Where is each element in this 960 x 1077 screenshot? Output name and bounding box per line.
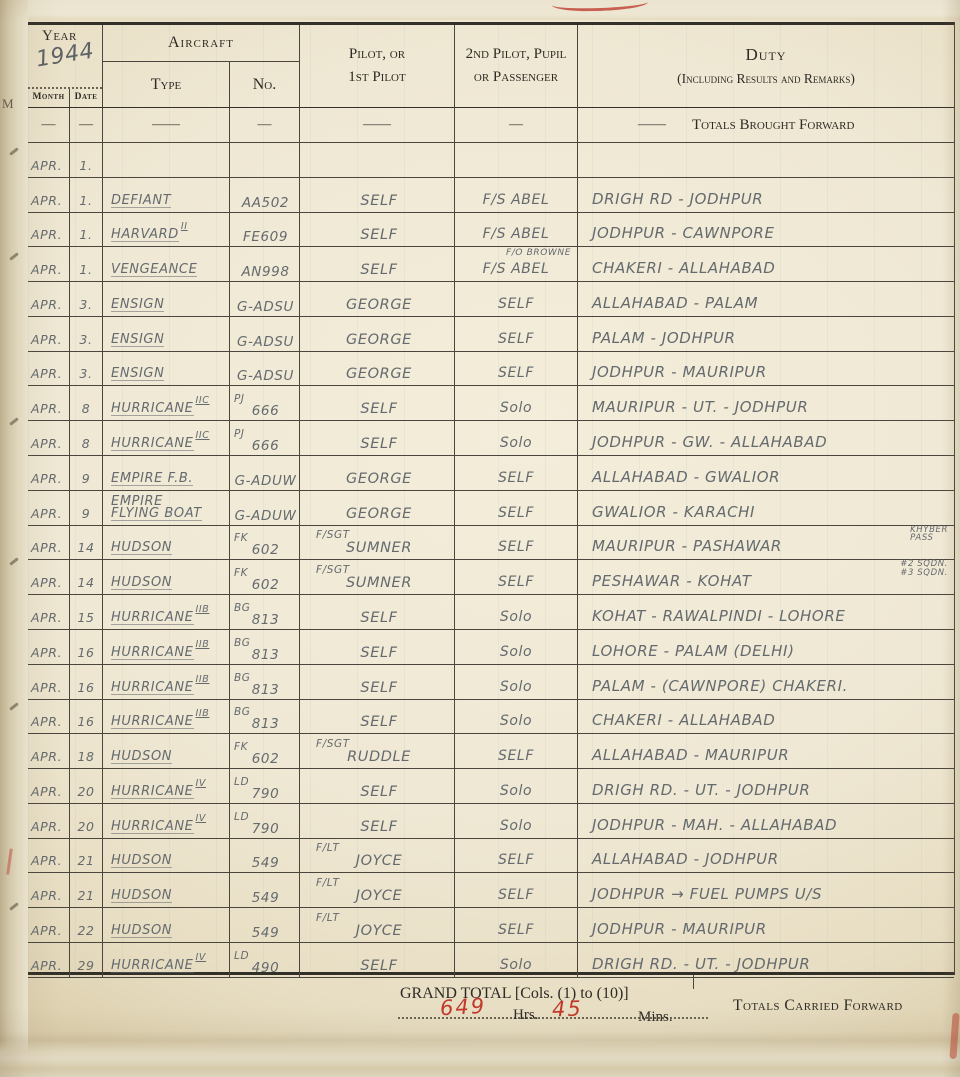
aircraft-mark: IIB xyxy=(196,674,210,686)
month-cell: APR. xyxy=(28,595,70,630)
second-pilot-cell: SELF xyxy=(455,317,578,352)
duty-cell: ALLAHABAD - GWALIOR xyxy=(578,456,954,491)
aircraft-no-cell: G-ADSU xyxy=(230,317,300,352)
duty-text: JODHPUR - MAH. - ALLAHABAD xyxy=(592,816,837,834)
pilot-name: SELF xyxy=(360,682,397,695)
aircraft-no-cell: PJ 666 xyxy=(230,386,300,421)
duty-text: DRIGH RD - JODHPUR xyxy=(592,190,763,208)
table-row: APR. 3. ENSIGN G-ADSU GEORGE xyxy=(28,352,954,387)
second-pilot-cell: SELF xyxy=(455,908,578,943)
serial-number: AN998 xyxy=(241,266,289,278)
serial-number: AA502 xyxy=(242,197,289,209)
serial-prefix: PJ xyxy=(234,428,245,440)
second-pilot: F/S ABEL xyxy=(483,261,550,277)
aircraft-type: VENGEANCE xyxy=(111,264,197,277)
date-cell: 21 xyxy=(70,839,103,874)
month-cell: APR. xyxy=(28,804,70,839)
duty-text: JODHPUR - CAWNPORE xyxy=(592,224,775,242)
pilot-cell: SELF xyxy=(300,943,455,978)
second-pilot: Solo xyxy=(500,957,532,973)
date-cell: 16 xyxy=(70,665,103,700)
date-cell: 29 xyxy=(70,943,103,978)
duty-text: ALLAHABAD - PALAM xyxy=(592,294,758,312)
second-pilot: SELF xyxy=(498,539,534,555)
duty-note: KHYBER PASS xyxy=(910,526,948,543)
stitch-mark xyxy=(9,252,19,261)
pilot-rank: F/LT xyxy=(316,842,340,855)
tbf-dash: — xyxy=(455,108,578,143)
second-pilot: SELF xyxy=(498,922,534,938)
date-cell: 16 xyxy=(70,700,103,735)
month-cell: APR. xyxy=(28,839,70,874)
serial-prefix: FK xyxy=(234,567,248,579)
second-pilot: Solo xyxy=(500,713,532,729)
duty-text: PALAM - (CAWNPORE) CHAKERI. xyxy=(592,677,848,695)
tbf-dash: —— xyxy=(103,108,230,143)
duty-text: GWALIOR - KARACHI xyxy=(592,503,755,521)
serial-number: 549 xyxy=(252,927,280,939)
logbook-page: M Year 1944 Month Date Aircraft Type No. xyxy=(0,0,960,1077)
serial-number: 813 xyxy=(252,684,280,696)
second-pilot-cell: Solo xyxy=(455,421,578,456)
date-column-label: Date xyxy=(70,89,102,107)
second-pilot-cell: Solo xyxy=(455,804,578,839)
aircraft-type-cell: HURRICANE IIB xyxy=(103,665,230,700)
stitch-mark xyxy=(9,147,19,156)
aircraft-no-cell: FK 602 xyxy=(230,734,300,769)
aircraft-mark: II xyxy=(181,221,188,233)
month-cell: APR. xyxy=(28,908,70,943)
second-pilot-cell: SELF xyxy=(455,456,578,491)
table-row: APR. 29 HURRICANE IV LD 490 SELF xyxy=(28,943,954,978)
second-pilot: F/S ABEL xyxy=(483,226,550,242)
duty-cell: JODHPUR → FUEL PUMPS U/S xyxy=(578,873,954,908)
aircraft-type-cell: HUDSON xyxy=(103,526,230,561)
aircraft-type-cell: HURRICANE IIB xyxy=(103,630,230,665)
second-pilot: SELF xyxy=(498,852,534,868)
pilot-name: SELF xyxy=(360,716,397,729)
pilot-cell: F/SGT SUMNER xyxy=(300,560,455,595)
second-pilot-cell: SELF xyxy=(455,839,578,874)
date-cell: 22 xyxy=(70,908,103,943)
aircraft-type-cell: HARVARD II xyxy=(103,213,230,248)
pilot-name: GEORGE xyxy=(346,299,412,312)
second-pilot-cell: Solo xyxy=(455,386,578,421)
serial-prefix: LD xyxy=(234,950,249,962)
second-pilot-cell: SELF xyxy=(455,560,578,595)
month-cell: APR. xyxy=(28,700,70,735)
second-pilot: Solo xyxy=(500,644,532,660)
duty-cell: MAURIPUR - UT. - JODHPUR xyxy=(578,386,954,421)
month-cell: APR. xyxy=(28,352,70,387)
serial-number: 490 xyxy=(252,962,280,974)
table-row: APR. 21 HUDSON 549 F/LT JOYCE xyxy=(28,839,954,874)
stitch-mark xyxy=(9,557,19,566)
table-row: APR. 16 HURRICANE IIB BG 813 SELF xyxy=(28,665,954,700)
aircraft-type: HURRICANE xyxy=(111,716,194,729)
aircraft-no-cell: LD 790 xyxy=(230,769,300,804)
pilot-cell: SELF xyxy=(300,178,455,213)
date-cell: 14 xyxy=(70,560,103,595)
pilot-name: SELF xyxy=(360,195,397,208)
aircraft-type: HARVARD xyxy=(111,229,179,242)
tbf-dash: — xyxy=(70,108,103,143)
pilot-name: SUMNER xyxy=(346,577,412,590)
tbf-dash: — xyxy=(230,108,300,143)
aircraft-type-cell: HURRICANE IV xyxy=(103,769,230,804)
pilot-name: JOYCE xyxy=(356,890,403,903)
table-row: APR. 9 EMPIRE FLYING BOAT G-ADUW GEORGE xyxy=(28,491,954,526)
second-pilot: F/S ABEL xyxy=(483,192,550,208)
aircraft-no-cell: PJ 666 xyxy=(230,421,300,456)
aircraft-type-cell: HURRICANE IIC xyxy=(103,386,230,421)
duty-cell: PALAM - (CAWNPORE) CHAKERI. xyxy=(578,665,954,700)
date-cell: 1. xyxy=(70,178,103,213)
month-cell: APR. xyxy=(28,143,70,178)
duty-text: JODHPUR - MAURIPUR xyxy=(592,363,767,381)
month-cell: APR. xyxy=(28,665,70,700)
header-pilot: Pilot, or 1st Pilot xyxy=(300,25,455,108)
aircraft-type: ENSIGN xyxy=(111,368,164,381)
duty-cell: JODHPUR - MAURIPUR xyxy=(578,908,954,943)
serial-prefix: LD xyxy=(234,776,249,788)
grand-total-hours-value: 649 xyxy=(439,994,486,1020)
month-cell: APR. xyxy=(28,247,70,282)
month-cell: APR. xyxy=(28,178,70,213)
stitch-mark xyxy=(9,702,19,711)
aircraft-type: HUDSON xyxy=(111,890,172,903)
aircraft-type-cell: HURRICANE IV xyxy=(103,804,230,839)
second-pilot: Solo xyxy=(500,609,532,625)
month-cell: APR. xyxy=(28,943,70,978)
header-aircraft: Aircraft Type No. xyxy=(103,25,300,108)
aircraft-type: HURRICANE xyxy=(111,960,194,973)
grand-total-label: GRAND TOTAL [Cols. (1) to (10)] xyxy=(400,985,629,1003)
month-cell: APR. xyxy=(28,560,70,595)
aircraft-type-cell: HURRICANE IIB xyxy=(103,700,230,735)
second-pilot-cell: SELF xyxy=(455,526,578,561)
pilot2-label-line2: or Passenger xyxy=(474,69,558,86)
serial-number: 549 xyxy=(252,892,280,904)
aircraft-type: HURRICANE xyxy=(111,403,194,416)
aircraft-type-cell: HURRICANE IIB xyxy=(103,595,230,630)
duty-text: DRIGH RD. - UT. - JODHPUR xyxy=(592,781,810,799)
month-cell: APR. xyxy=(28,873,70,908)
aircraft-no-cell: FE609 xyxy=(230,213,300,248)
second-pilot-cell: Solo xyxy=(455,700,578,735)
duty-cell: GWALIOR - KARACHI xyxy=(578,491,954,526)
duty-cell: DRIGH RD. - UT. - JODHPUR xyxy=(578,943,954,978)
month-cell: APR. xyxy=(28,630,70,665)
duty-cell: PESHAWAR - KOHAT #2 SQDN. #3 SQDN. xyxy=(578,560,954,595)
date-cell: 20 xyxy=(70,769,103,804)
aircraft-type-cell: HURRICANE IIC xyxy=(103,421,230,456)
pilot-name: SELF xyxy=(360,647,397,660)
table-row: APR. 1. DEFIANT AA502 SELF xyxy=(28,178,954,213)
divider xyxy=(693,975,694,989)
month-cell: APR. xyxy=(28,456,70,491)
aircraft-no-cell: LD 790 xyxy=(230,804,300,839)
duty-cell: JODHPUR - CAWNPORE xyxy=(578,213,954,248)
aircraft-mark: IV xyxy=(196,813,207,825)
date-cell: 21 xyxy=(70,873,103,908)
duty-cell: MAURIPUR - PASHAWAR KHYBER PASS xyxy=(578,526,954,561)
pilot-cell: SELF xyxy=(300,386,455,421)
aircraft-type: HUDSON xyxy=(111,751,172,764)
aircraft-no-cell: BG 813 xyxy=(230,665,300,700)
aircraft-type: HUDSON xyxy=(111,925,172,938)
second-pilot-cell: F/S ABEL xyxy=(455,178,578,213)
date-cell: 1. xyxy=(70,213,103,248)
serial-number: 602 xyxy=(252,753,280,765)
serial-prefix: BG xyxy=(234,672,251,684)
date-cell: 3. xyxy=(70,282,103,317)
aircraft-no-cell xyxy=(230,143,300,178)
tbf-dash: — xyxy=(28,108,70,143)
date-cell: 9 xyxy=(70,491,103,526)
second-pilot: Solo xyxy=(500,435,532,451)
second-pilot: SELF xyxy=(498,470,534,486)
aircraft-no-cell: FK 602 xyxy=(230,560,300,595)
duty-text: CHAKERI - ALLAHABAD xyxy=(592,711,775,729)
aircraft-type: EMPIRE F.B. xyxy=(111,473,193,486)
pilot-rank: F/LT xyxy=(316,912,340,925)
second-pilot: SELF xyxy=(498,296,534,312)
table-row: APR. 3. ENSIGN G-ADSU GEORGE xyxy=(28,282,954,317)
second-pilot-cell: SELF xyxy=(455,282,578,317)
pilot-name: SELF xyxy=(360,229,397,242)
date-cell: 8 xyxy=(70,421,103,456)
table-row: APR. 1. HARVARD II FE609 SELF xyxy=(28,213,954,248)
month-cell: APR. xyxy=(28,769,70,804)
aircraft-type-cell: ENSIGN xyxy=(103,317,230,352)
duty-text: JODHPUR - GW. - ALLAHABAD xyxy=(592,433,827,451)
aircraft-type: ENSIGN xyxy=(111,299,164,312)
aircraft-mark: IV xyxy=(196,778,207,790)
aircraft-no-cell: BG 813 xyxy=(230,595,300,630)
second-pilot: SELF xyxy=(498,331,534,347)
duty-text: JODHPUR → FUEL PUMPS U/S xyxy=(592,885,822,903)
header-duty: Duty (Including Results and Remarks) xyxy=(578,25,954,108)
duty-cell: CHAKERI - ALLAHABAD xyxy=(578,700,954,735)
duty-cell: PALAM - JODHPUR xyxy=(578,317,954,352)
aircraft-type: HUDSON xyxy=(111,577,172,590)
stitch-mark xyxy=(9,417,19,426)
serial-prefix: FK xyxy=(234,741,248,753)
pilot-cell: F/LT JOYCE xyxy=(300,873,455,908)
pilot-name: SELF xyxy=(360,960,397,973)
table-header: Year 1944 Month Date Aircraft Type No. P… xyxy=(28,25,954,108)
second-pilot: Solo xyxy=(500,679,532,695)
duty-cell xyxy=(578,143,954,178)
duty-cell: LOHORE - PALAM (DELHI) xyxy=(578,630,954,665)
second-pilot-cell: SELF xyxy=(455,873,578,908)
pilot-cell: GEORGE xyxy=(300,456,455,491)
serial-number: 666 xyxy=(252,405,280,417)
serial-number: 790 xyxy=(252,823,280,835)
page-top-edge xyxy=(28,0,960,20)
second-pilot-cell: SELF xyxy=(455,352,578,387)
pilot-cell: SELF xyxy=(300,421,455,456)
pilot-cell: SELF xyxy=(300,247,455,282)
date-cell: 3. xyxy=(70,352,103,387)
second-pilot: SELF xyxy=(498,574,534,590)
grand-total-mins-value: 45 xyxy=(552,996,584,1021)
second-pilot: Solo xyxy=(500,400,532,416)
serial-prefix: FK xyxy=(234,532,248,544)
aircraft-type: HURRICANE xyxy=(111,438,194,451)
aircraft-type-cell: EMPIRE FLYING BOAT xyxy=(103,491,230,526)
second-pilot: SELF xyxy=(498,887,534,903)
date-cell: 9 xyxy=(70,456,103,491)
aircraft-type: DEFIANT xyxy=(111,195,171,208)
pilot-cell: SELF xyxy=(300,804,455,839)
aircraft-type-cell: HUDSON xyxy=(103,734,230,769)
pilot-name: SUMNER xyxy=(346,542,412,555)
duty-text: ALLAHABAD - GWALIOR xyxy=(592,468,780,486)
table-row: APR. 20 HURRICANE IV LD 790 SELF xyxy=(28,804,954,839)
aircraft-label: Aircraft xyxy=(103,25,299,62)
table-row: APR. 20 HURRICANE IV LD 790 SELF xyxy=(28,769,954,804)
aircraft-no-cell: 549 xyxy=(230,839,300,874)
pilot-name: GEORGE xyxy=(346,473,412,486)
pilot-cell: GEORGE xyxy=(300,491,455,526)
table-row: APR. 9 EMPIRE F.B. G-ADUW GEORGE xyxy=(28,456,954,491)
pilot-cell: SELF xyxy=(300,665,455,700)
table-row: APR. 16 HURRICANE IIB BG 813 SELF xyxy=(28,700,954,735)
pilot-name: SELF xyxy=(360,438,397,451)
aircraft-type: ENSIGN xyxy=(111,334,164,347)
second-pilot-cell: Solo xyxy=(455,943,578,978)
pilot-cell: SELF xyxy=(300,700,455,735)
aircraft-type-cell: ENSIGN xyxy=(103,282,230,317)
duty-cell: JODHPUR - GW. - ALLAHABAD xyxy=(578,421,954,456)
log-entries: APR. 1. xyxy=(28,143,954,978)
aircraft-type: HURRICANE xyxy=(111,647,194,660)
duty-text: KOHAT - RAWALPINDI - LOHORE xyxy=(592,607,845,625)
table-row: APR. 14 HUDSON FK 602 F/SGT SUMNER xyxy=(28,526,954,561)
aircraft-type: HUDSON xyxy=(111,855,172,868)
date-cell: 1. xyxy=(70,143,103,178)
totals-brought-forward-label: Totals Brought Forward xyxy=(692,117,854,134)
pilot-name: GEORGE xyxy=(346,508,412,521)
aircraft-mark: IIB xyxy=(196,604,210,616)
second-pilot-note: F/O BROWNE xyxy=(506,248,571,258)
month-column-label: Month xyxy=(28,89,70,107)
serial-number: 813 xyxy=(252,718,280,730)
aircraft-type-cell: ENSIGN xyxy=(103,352,230,387)
duty-text: JODHPUR - MAURIPUR xyxy=(592,920,767,938)
aircraft-type-cell: DEFIANT xyxy=(103,178,230,213)
duty-note: #2 SQDN. #3 SQDN. xyxy=(900,560,948,577)
aircraft-no-cell: G-ADUW xyxy=(230,456,300,491)
duty-cell: ALLAHABAD - JODHPUR xyxy=(578,839,954,874)
duty-cell: DRIGH RD. - UT. - JODHPUR xyxy=(578,769,954,804)
second-pilot: SELF xyxy=(498,365,534,381)
pilot-name: JOYCE xyxy=(356,925,403,938)
pilot-label-line1: Pilot, or xyxy=(349,46,405,63)
pilot-cell: GEORGE xyxy=(300,282,455,317)
duty-text: DRIGH RD. - UT. - JODHPUR xyxy=(592,955,810,973)
aircraft-type-cell: VENGEANCE xyxy=(103,247,230,282)
serial-number: 813 xyxy=(252,649,280,661)
tbf-dash: —— xyxy=(638,117,666,133)
aircraft-type-cell: HUDSON xyxy=(103,560,230,595)
table-row: APR. 8 HURRICANE IIC PJ 666 SELF xyxy=(28,386,954,421)
aircraft-mark: IV xyxy=(196,952,207,964)
aircraft-type-cell: HUDSON xyxy=(103,908,230,943)
pilot-name: RUDDLE xyxy=(347,751,411,764)
duty-text: LOHORE - PALAM (DELHI) xyxy=(592,642,795,660)
serial-number: G-ADSU xyxy=(237,370,294,382)
totals-brought-forward-row: — — —— — —— — —— Totals Brought Forward xyxy=(28,108,954,143)
pilot-cell: SELF xyxy=(300,595,455,630)
duty-cell: ALLAHABAD - MAURIPUR xyxy=(578,734,954,769)
serial-number: G-ADSU xyxy=(237,301,294,313)
pilot2-label-line1: 2nd Pilot, Pupil xyxy=(466,46,567,63)
month-cell: APR. xyxy=(28,213,70,248)
month-cell: APR. xyxy=(28,421,70,456)
serial-number: 790 xyxy=(252,788,280,800)
table-row: APR. 16 HURRICANE IIB BG 813 SELF xyxy=(28,630,954,665)
table-row: APR. 22 HUDSON 549 F/LT JOYCE xyxy=(28,908,954,943)
pilot-name: GEORGE xyxy=(346,368,412,381)
pilot-rank: F/LT xyxy=(316,877,340,890)
serial-number: 602 xyxy=(252,579,280,591)
serial-number: G-ADSU xyxy=(237,336,294,348)
serial-number: G-ADUW xyxy=(235,510,297,522)
pilot-rank: F/SGT xyxy=(316,564,350,577)
aircraft-no-cell: LD 490 xyxy=(230,943,300,978)
second-pilot: SELF xyxy=(498,505,534,521)
serial-number: G-ADUW xyxy=(235,475,297,487)
second-pilot: Solo xyxy=(500,783,532,799)
pilot-cell xyxy=(300,143,455,178)
aircraft-no-cell: G-ADUW xyxy=(230,491,300,526)
totals-carried-forward-label: Totals Carried Forward xyxy=(733,997,903,1015)
date-cell: 14 xyxy=(70,526,103,561)
second-pilot-cell: Solo xyxy=(455,595,578,630)
aircraft-type: HURRICANE xyxy=(111,612,194,625)
serial-number: 602 xyxy=(252,544,280,556)
table-row: APR. 1. VENGEANCE AN998 SELF xyxy=(28,247,954,282)
date-cell: 20 xyxy=(70,804,103,839)
pilot-cell: F/LT JOYCE xyxy=(300,908,455,943)
duty-text: ALLAHABAD - MAURIPUR xyxy=(592,746,789,764)
duty-text: ALLAHABAD - JODHPUR xyxy=(592,850,779,868)
serial-prefix: BG xyxy=(234,637,251,649)
log-table: Year 1944 Month Date Aircraft Type No. P… xyxy=(28,22,955,975)
pilot-name: GEORGE xyxy=(346,334,412,347)
duty-text: MAURIPUR - UT. - JODHPUR xyxy=(592,398,808,416)
aircraft-no-cell: G-ADSU xyxy=(230,352,300,387)
aircraft-type: HURRICANE xyxy=(111,821,194,834)
second-pilot-cell: Solo xyxy=(455,630,578,665)
binding-edge: M xyxy=(0,0,28,1077)
month-cell: APR. xyxy=(28,317,70,352)
table-row: APR. 21 HUDSON 549 F/LT JOYCE xyxy=(28,873,954,908)
month-cell: APR. xyxy=(28,526,70,561)
second-pilot: SELF xyxy=(498,748,534,764)
pilot-name: SELF xyxy=(360,821,397,834)
duty-cell: KOHAT - RAWALPINDI - LOHORE xyxy=(578,595,954,630)
aircraft-type: EMPIRE FLYING BOAT xyxy=(111,496,202,521)
aircraft-no-cell: AN998 xyxy=(230,247,300,282)
aircraft-type-cell xyxy=(103,143,230,178)
duty-text: CHAKERI - ALLAHABAD xyxy=(592,259,775,277)
duty-text: PESHAWAR - KOHAT xyxy=(592,572,752,590)
duty-cell: JODHPUR - MAURIPUR xyxy=(578,352,954,387)
